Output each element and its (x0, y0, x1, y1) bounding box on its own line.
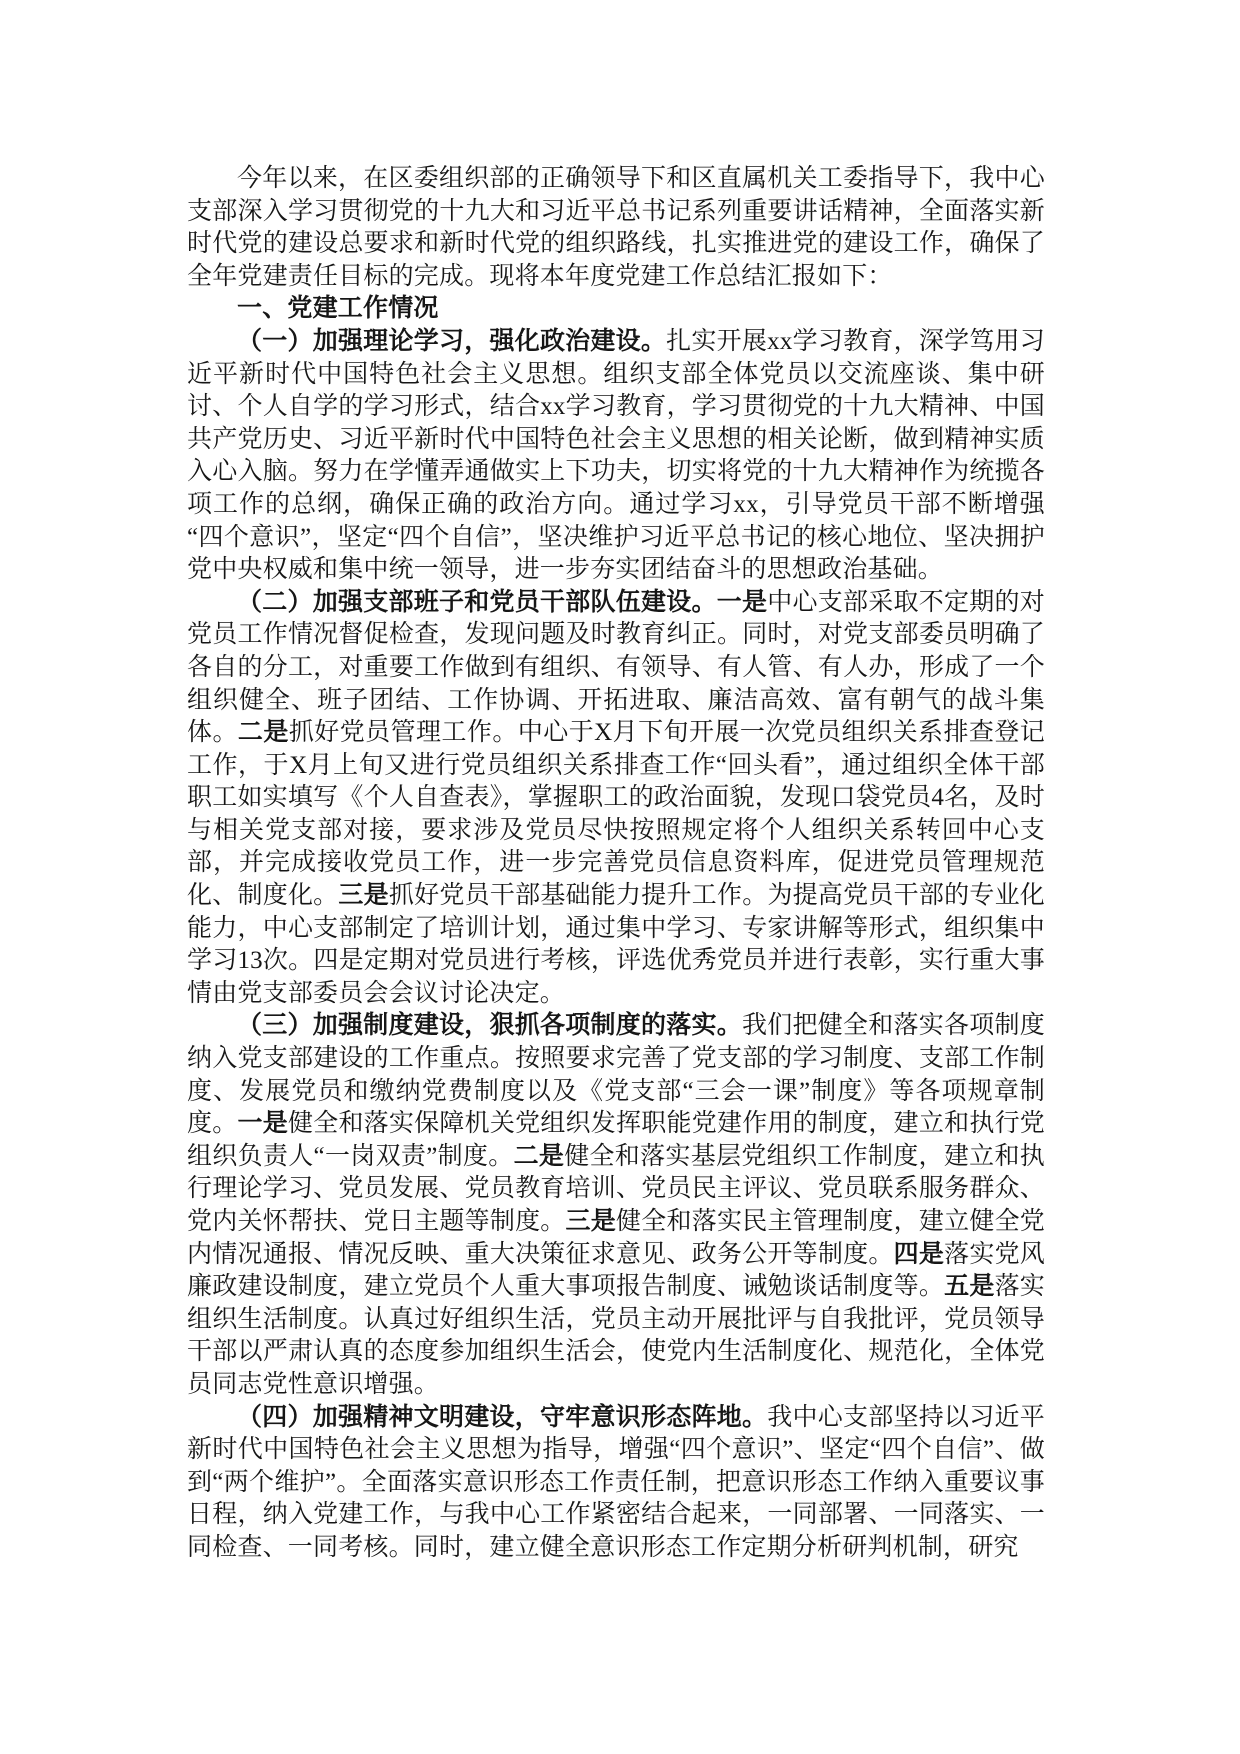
document-page: 今年以来，在区委组织部的正确领导下和区直属机关工委指导下，我中心支部深入学习贯彻… (0, 0, 1240, 1754)
bold-run: 一、党建工作情况 (237, 295, 439, 322)
bold-run: 三是 (566, 1208, 616, 1235)
bold-run: 五是 (944, 1273, 994, 1300)
bold-run: 三是 (338, 882, 388, 909)
bold-run: 二是 (238, 719, 289, 746)
text-run: 扎实开展xx学习教育，深学笃用习近平新时代中国特色社会主义思想。组织支部全体党员… (187, 328, 1045, 583)
bold-run: （四）加强精神文明建设，守牢意识形态阵地。 (237, 1404, 767, 1431)
section-heading-1: 一、党建工作情况 (187, 293, 1045, 326)
bold-run: （三）加强制度建设，狠抓各项制度的落实。 (237, 1012, 742, 1039)
bold-run: （二）加强支部班子和党员干部队伍建设。一是 (237, 589, 767, 616)
intro-paragraph: 今年以来，在区委组织部的正确领导下和区直属机关工委指导下，我中心支部深入学习贯彻… (187, 163, 1045, 293)
subsection-3: （三）加强制度建设，狠抓各项制度的落实。我们把健全和落实各项制度纳入党支部建设的… (187, 1010, 1045, 1401)
text-run: 今年以来，在区委组织部的正确领导下和区直属机关工委指导下，我中心支部深入学习贯彻… (187, 165, 1045, 290)
subsection-2: （二）加强支部班子和党员干部队伍建设。一是中心支部采取不定期的对党员工作情况督促… (187, 587, 1045, 1011)
document-body: 今年以来，在区委组织部的正确领导下和区直属机关工委指导下，我中心支部深入学习贯彻… (187, 163, 1045, 1565)
text-run: 抓好党员管理工作。中心于X月下旬开展一次党员组织关系排查登记工作，于X月上旬又进… (187, 719, 1045, 909)
subsection-4: （四）加强精神文明建设，守牢意识形态阵地。我中心支部坚持以习近平新时代中国特色社… (187, 1402, 1045, 1565)
bold-run: （一）加强理论学习，强化政治建设。 (237, 328, 666, 355)
bold-run: 二是 (514, 1143, 565, 1170)
bold-run: 四是 (894, 1241, 944, 1268)
subsection-1: （一）加强理论学习，强化政治建设。扎实开展xx学习教育，深学笃用习近平新时代中国… (187, 326, 1045, 587)
bold-run: 一是 (237, 1110, 287, 1137)
